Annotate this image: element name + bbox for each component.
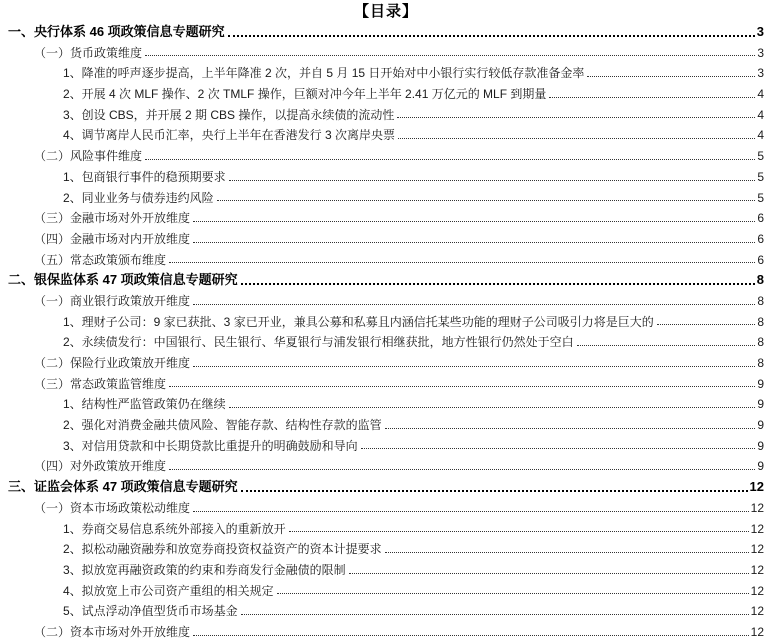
page-number: 8 — [757, 270, 764, 291]
toc-entry[interactable]: 3、拟放宽再融资政策的约束和券商发行金融债的限制12 — [8, 560, 764, 581]
toc-entry[interactable]: 三、证监会体系 47 项政策信息专题研究12 — [8, 477, 764, 498]
toc-entry[interactable]: 1、券商交易信息系统外部接入的重新放开12 — [8, 519, 764, 540]
toc-entry-label: （四）对外政策放开维度 — [8, 456, 166, 477]
toc-entry-label: 1、降准的呼声逐步提高，上半年降准 2 次，并自 5 月 15 日开始对中小银行… — [8, 63, 584, 84]
toc-entry-label: 1、结构性严监管政策仍在继续 — [8, 394, 226, 415]
toc-entry-label: （二）风险事件维度 — [8, 146, 142, 167]
toc-entry-label: 3、对信用贷款和中长期贷款比重提升的明确鼓励和导向 — [8, 436, 358, 457]
dot-leader — [577, 345, 756, 346]
toc-entry-label: （二）保险行业政策放开维度 — [8, 353, 190, 374]
toc-entry[interactable]: 2、强化对消费金融共债风险、智能存款、结构性存款的监管9 — [8, 415, 764, 436]
page-number: 12 — [751, 539, 764, 560]
dot-leader — [241, 490, 748, 492]
page-number: 12 — [751, 581, 764, 602]
page-number: 8 — [757, 332, 764, 353]
toc-entry-label: （一）资本市场政策松动维度 — [8, 498, 190, 519]
page-number: 5 — [757, 167, 764, 188]
toc-entry-label: （三）金融市场对外开放维度 — [8, 208, 190, 229]
dot-leader — [549, 97, 755, 98]
dot-leader — [193, 366, 755, 367]
toc-entry-label: （三）常态政策监管维度 — [8, 374, 166, 395]
toc-entry[interactable]: 4、调节离岸人民币汇率，央行上半年在香港发行 3 次离岸央票4 — [8, 125, 764, 146]
toc-entry-label: 5、试点浮动净值型货币市场基金 — [8, 601, 238, 622]
toc-entry-label: 3、拟放宽再融资政策的约束和券商发行金融债的限制 — [8, 560, 346, 581]
dot-leader — [241, 614, 749, 615]
dot-leader — [193, 242, 755, 243]
page-number: 3 — [757, 63, 764, 84]
page-number: 3 — [757, 43, 764, 64]
toc-entry-label: 2、开展 4 次 MLF 操作、2 次 TMLF 操作，巨额对冲今年上半年 2.… — [8, 84, 546, 105]
dot-leader — [193, 511, 749, 512]
page-number: 6 — [757, 208, 764, 229]
toc-entry-label: 1、包商银行事件的稳预期要求 — [8, 167, 226, 188]
dot-leader — [193, 635, 749, 636]
toc-entry-label: 2、永续债发行：中国银行、民生银行、华夏银行与浦发银行相继获批，地方性银行仍然处… — [8, 332, 574, 353]
toc-entry-label: 2、同业业务与债券违约风险 — [8, 188, 214, 209]
page-number: 8 — [757, 312, 764, 333]
toc-entry[interactable]: 1、包商银行事件的稳预期要求5 — [8, 167, 764, 188]
page-number: 12 — [751, 519, 764, 540]
dot-leader — [349, 573, 749, 574]
toc-entry[interactable]: 2、永续债发行：中国银行、民生银行、华夏银行与浦发银行相继获批，地方性银行仍然处… — [8, 332, 764, 353]
dot-leader — [229, 407, 756, 408]
toc-entry[interactable]: （一）商业银行政策放开维度8 — [8, 291, 764, 312]
dot-leader — [385, 552, 749, 553]
document-page: 【目录】 一、央行体系 46 项政策信息专题研究3（一）货币政策维度31、降准的… — [0, 0, 771, 644]
toc-entry[interactable]: 5、试点浮动净值型货币市场基金12 — [8, 601, 764, 622]
toc-entry-label: （五）常态政策颁布维度 — [8, 250, 166, 271]
dot-leader — [587, 76, 755, 77]
page-number: 3 — [757, 22, 764, 43]
toc-entry[interactable]: 4、拟放宽上市公司资产重组的相关规定12 — [8, 581, 764, 602]
toc-entry-label: 4、调节离岸人民币汇率，央行上半年在香港发行 3 次离岸央票 — [8, 125, 395, 146]
page-number: 12 — [750, 477, 764, 498]
toc-entry[interactable]: （四）对外政策放开维度9 — [8, 456, 764, 477]
dot-leader — [397, 117, 755, 118]
toc-entry-label: （一）货币政策维度 — [8, 43, 142, 64]
page-number: 12 — [751, 622, 764, 643]
page-number: 9 — [757, 374, 764, 395]
dot-leader — [169, 469, 755, 470]
toc-entry[interactable]: 一、央行体系 46 项政策信息专题研究3 — [8, 22, 764, 43]
page-number: 6 — [757, 250, 764, 271]
toc-entry-label: 一、央行体系 46 项政策信息专题研究 — [8, 22, 225, 43]
toc-entry[interactable]: （二）资本市场对外开放维度12 — [8, 622, 764, 643]
toc-entry-label: 3、创设 CBS，并开展 2 期 CBS 操作，以提高永续债的流动性 — [8, 105, 394, 126]
page-number: 12 — [751, 601, 764, 622]
dot-leader — [169, 386, 755, 387]
dot-leader — [193, 221, 755, 222]
page-number: 8 — [757, 353, 764, 374]
toc-entry[interactable]: 3、对信用贷款和中长期贷款比重提升的明确鼓励和导向9 — [8, 436, 764, 457]
page-number: 4 — [757, 84, 764, 105]
dot-leader — [361, 448, 756, 449]
dot-leader — [145, 159, 755, 160]
dot-leader — [657, 324, 756, 325]
table-of-contents: 一、央行体系 46 项政策信息专题研究3（一）货币政策维度31、降准的呼声逐步提… — [8, 22, 764, 643]
toc-entry[interactable]: 1、理财子公司：9 家已获批、3 家已开业，兼具公募和私募且内涵信托某些功能的理… — [8, 312, 764, 333]
toc-entry-label: 二、银保监体系 47 项政策信息专题研究 — [8, 270, 238, 291]
toc-entry[interactable]: 1、结构性严监管政策仍在继续9 — [8, 394, 764, 415]
dot-leader — [169, 262, 755, 263]
toc-entry[interactable]: （三）常态政策监管维度9 — [8, 374, 764, 395]
toc-entry-label: （二）资本市场对外开放维度 — [8, 622, 190, 643]
toc-entry[interactable]: （一）资本市场政策松动维度12 — [8, 498, 764, 519]
dot-leader — [398, 138, 755, 139]
page-number: 4 — [757, 125, 764, 146]
dot-leader — [193, 304, 755, 305]
toc-title: 【目录】 — [8, 2, 764, 22]
dot-leader — [229, 180, 756, 181]
page-number: 5 — [757, 146, 764, 167]
page-number: 9 — [757, 394, 764, 415]
dot-leader — [289, 531, 749, 532]
page-number: 12 — [751, 560, 764, 581]
toc-entry[interactable]: 2、拟松动融资融券和放宽券商投资权益资产的资本计提要求12 — [8, 539, 764, 560]
toc-entry-label: 4、拟放宽上市公司资产重组的相关规定 — [8, 581, 274, 602]
toc-entry-label: （四）金融市场对内开放维度 — [8, 229, 190, 250]
page-number: 6 — [757, 229, 764, 250]
toc-entry[interactable]: 2、开展 4 次 MLF 操作、2 次 TMLF 操作，巨额对冲今年上半年 2.… — [8, 84, 764, 105]
toc-entry-label: （一）商业银行政策放开维度 — [8, 291, 190, 312]
toc-entry[interactable]: （五）常态政策颁布维度6 — [8, 250, 764, 271]
toc-entry-label: 2、强化对消费金融共债风险、智能存款、结构性存款的监管 — [8, 415, 382, 436]
toc-entry[interactable]: （三）金融市场对外开放维度6 — [8, 208, 764, 229]
dot-leader — [228, 35, 755, 37]
toc-entry[interactable]: 二、银保监体系 47 项政策信息专题研究8 — [8, 270, 764, 291]
toc-entry[interactable]: 2、同业业务与债券违约风险5 — [8, 188, 764, 209]
toc-entry[interactable]: 3、创设 CBS，并开展 2 期 CBS 操作，以提高永续债的流动性4 — [8, 105, 764, 126]
page-number: 8 — [757, 291, 764, 312]
toc-entry[interactable]: （四）金融市场对内开放维度6 — [8, 229, 764, 250]
toc-entry[interactable]: （二）风险事件维度5 — [8, 146, 764, 167]
toc-entry[interactable]: （二）保险行业政策放开维度8 — [8, 353, 764, 374]
dot-leader — [217, 200, 756, 201]
page-number: 12 — [751, 498, 764, 519]
dot-leader — [145, 55, 755, 56]
toc-entry-label: 三、证监会体系 47 项政策信息专题研究 — [8, 477, 238, 498]
dot-leader — [277, 593, 749, 594]
toc-entry-label: 2、拟松动融资融券和放宽券商投资权益资产的资本计提要求 — [8, 539, 382, 560]
toc-entry[interactable]: 1、降准的呼声逐步提高，上半年降准 2 次，并自 5 月 15 日开始对中小银行… — [8, 63, 764, 84]
page-number: 9 — [757, 456, 764, 477]
page-number: 5 — [757, 188, 764, 209]
dot-leader — [241, 283, 755, 285]
toc-entry[interactable]: （一）货币政策维度3 — [8, 43, 764, 64]
page-number: 4 — [757, 105, 764, 126]
page-number: 9 — [757, 436, 764, 457]
dot-leader — [385, 428, 756, 429]
toc-entry-label: 1、券商交易信息系统外部接入的重新放开 — [8, 519, 286, 540]
toc-entry-label: 1、理财子公司：9 家已获批、3 家已开业，兼具公募和私募且内涵信托某些功能的理… — [8, 312, 654, 333]
page-number: 9 — [757, 415, 764, 436]
